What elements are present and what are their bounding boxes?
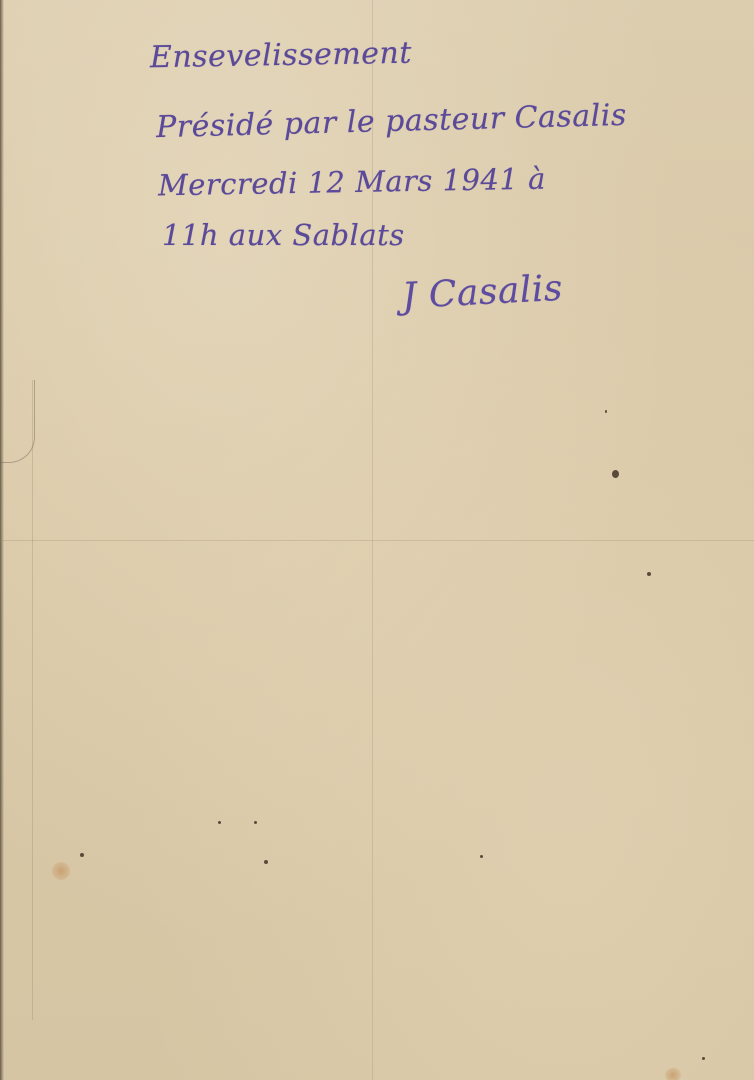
heading-ensevelissement: Ensevelissement — [150, 36, 412, 76]
ink-speck — [647, 572, 651, 576]
officiant-line: Présidé par le pasteur Casalis — [156, 98, 628, 145]
time-place-line: 11h aux Sablats — [162, 218, 405, 252]
ink-speck — [605, 410, 607, 413]
ink-speck — [80, 853, 84, 857]
rust-stain — [665, 1068, 681, 1080]
horizontal-fold-line — [0, 540, 754, 541]
ink-speck — [480, 855, 483, 858]
handwritten-text: Ensevelissement Présidé par le pasteur C… — [0, 0, 754, 400]
ink-speck — [254, 821, 257, 824]
document-page: Ensevelissement Présidé par le pasteur C… — [0, 0, 754, 1080]
date-line: Mercredi 12 Mars 1941 à — [158, 162, 546, 203]
ink-speck — [612, 470, 619, 478]
ink-speck — [264, 860, 268, 864]
rust-stain — [52, 862, 70, 880]
margin-crease — [32, 380, 33, 1020]
ink-speck — [702, 1057, 705, 1060]
signature: J Casalis — [401, 268, 564, 317]
ink-speck — [218, 821, 221, 824]
